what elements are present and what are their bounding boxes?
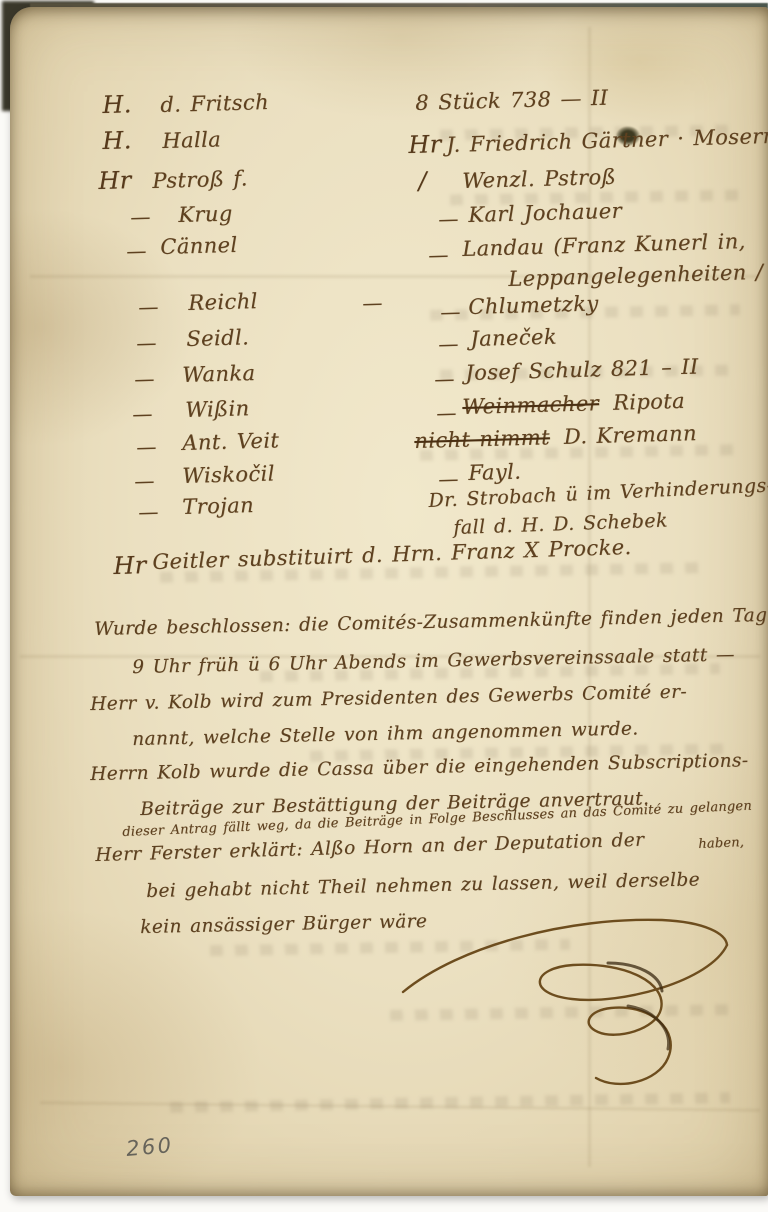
roster-right-mark: Hr: [408, 130, 442, 159]
roster-left-name: Trojan: [182, 493, 254, 519]
roster-left-name: Pstroß f.: [152, 166, 248, 193]
roster-right-mark: —: [438, 206, 459, 231]
signature-flourish: [380, 900, 752, 1104]
roster-left-name: Ant. Veit: [182, 428, 280, 455]
roster-left-mark: —: [126, 238, 147, 263]
roster-right-text: Ripota: [613, 389, 686, 415]
roster-right-text: D. Kremann: [564, 421, 698, 449]
substitution-lead: Hr: [113, 551, 147, 580]
roster-right-entry: WeinmacherRipota: [462, 389, 685, 419]
roster-left-name: Wißin: [185, 396, 250, 422]
roster-left-name: Seidl.: [186, 325, 249, 351]
roster-left-mark: —: [134, 366, 155, 391]
roster-right-text: Karl Jochauer: [468, 199, 622, 227]
roster-left-mark: H.: [102, 90, 132, 119]
struck-text: nicht nimmt: [414, 425, 550, 453]
struck-text: Weinmacher: [462, 391, 599, 419]
minutes-line: Wurde beschlossen: die Comités-Zusammenk…: [94, 604, 768, 640]
roster-left-name: Halla: [162, 127, 221, 153]
roster-left-name: Reichl: [188, 289, 258, 315]
roster-left-mark: —: [132, 401, 153, 426]
roster-left-name: Krug: [178, 201, 233, 227]
roster-left-mark: —: [136, 434, 157, 459]
roster-left-mark: —: [136, 330, 157, 355]
roster-left-mark: —: [130, 204, 151, 229]
roster-left-suffix-dash: —: [362, 290, 383, 315]
roster-left-name: Cännel: [160, 233, 238, 259]
roster-left-mark: Hr: [98, 166, 132, 195]
roster-right-text: Janeček: [470, 325, 557, 351]
roster-left-mark: —: [134, 468, 155, 493]
page-number-pencil: 260: [125, 1133, 175, 1161]
roster-right-mark: /: [418, 167, 427, 195]
scanned-document: H. d. Fritsch H. Halla Hr Pstroß f. — Kr…: [0, 0, 768, 1212]
roster-left-name: d. Fritsch: [160, 90, 269, 117]
roster-right-text: fall d. H. D. Schebek: [453, 510, 668, 539]
roster-right-text: Wenzl. Pstroß: [462, 165, 616, 193]
roster-left-mark: —: [138, 499, 159, 524]
roster-right-mark: —: [436, 400, 457, 425]
roster-right-text: Landau (Franz Kunerl in,: [462, 229, 746, 261]
roster-left-name: Wiskočil: [182, 461, 275, 488]
minutes-line: Herr v. Kolb wird zum Presidenten des Ge…: [90, 681, 687, 714]
roster-right-text: Leppangelegenheiten /: [508, 260, 764, 291]
roster-left-mark: —: [138, 294, 159, 319]
roster-right-mark: —: [428, 242, 449, 267]
manuscript-page: H. d. Fritsch H. Halla Hr Pstroß f. — Kr…: [10, 7, 768, 1196]
roster-right-text: Fayl.: [468, 460, 522, 485]
roster-right-text: Chlumetzky: [468, 291, 599, 319]
roster-right-mark: —: [440, 299, 461, 324]
interline-wrap: haben,: [698, 835, 744, 852]
roster-right-text: Josef Schulz 821 – II: [465, 354, 699, 385]
roster-right-mark: —: [434, 366, 455, 391]
roster-right-text: 8 Stück 738 — II: [415, 86, 609, 115]
roster-left-mark: H.: [102, 126, 132, 155]
roster-right-mark: —: [438, 466, 459, 491]
roster-left-name: Wanka: [182, 361, 256, 387]
minutes-line: bei gehabt nicht Theil nehmen zu lassen,…: [146, 869, 700, 902]
roster-right-mark: —: [438, 331, 459, 356]
